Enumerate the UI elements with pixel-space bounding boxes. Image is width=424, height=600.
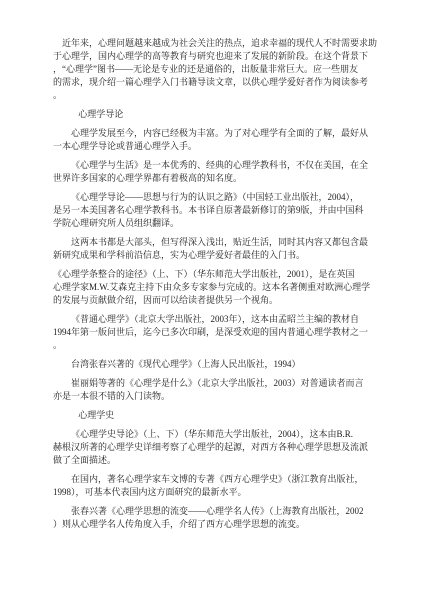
paragraph-psych-and-life: 《心理学与生活》是一本优秀的、经典的心理学教科书，不仅在美国，在全 世界许多国家…: [53, 159, 378, 185]
paragraph-western-history: 在国内，著名心理学家车文博的专著《西方心理学史》（浙江教育出版社， 1998），…: [53, 473, 378, 499]
paragraph-what-is-psych: 崔丽娟等著的《心理学是什么》（北京大学出版社，2003）对普通读者而言 亦是一本…: [53, 377, 378, 403]
section-heading-intro-psychology: 心理学导论: [53, 108, 378, 121]
paragraph-intro: 近年来，心理问题越来越成为社会关注的热点，追求幸福的现代人不时需要求助 于心理学…: [53, 37, 378, 102]
paragraph-integrated-approach: 《心理学条整合的途径》（上、下）（华东师范大学出版社，2001），是在英国 心理…: [53, 268, 378, 307]
document-background: { "page": { "background_color": "#ffffff…: [0, 0, 424, 600]
document-page: 近年来，心理问题越来越成为社会关注的热点，追求幸福的现代人不时需要求助 于心理学…: [0, 0, 424, 600]
paragraph-history-intro: 《心理学史导论》（上、下）（华东师范大学出版社，2004），这本由B.R. 赫根…: [53, 428, 378, 467]
paragraph-general-psych: 《普通心理学》（北京大学出版社，2003年），这本由孟昭兰主编的教材自 1994…: [53, 313, 378, 352]
paragraph-overview: 心理学发展至今，内容已经极为丰富。为了对心理学有全面的了解，最好从 一本心理学导…: [53, 127, 378, 153]
paragraph-intro-to-psych: 《心理学导论——思想与行为的认识之路》（中国轻工业出版社，2004）， 是另一本…: [53, 191, 378, 230]
section-heading-psych-history: 心理学史: [53, 409, 378, 422]
paragraph-two-books: 这两本书都是大部头，但写得深入浅出，贴近生活，同时其内容又都包含最 新研究成果和…: [53, 236, 378, 262]
paragraph-thought-evolution: 张春兴著《心理学思想的流变——心理学名人传》（上海教育出版社，2002 ）则从心…: [53, 505, 378, 531]
paragraph-modern-psych: 台湾张春兴著的《现代心理学》（上海人民出版社，1994）: [53, 358, 378, 371]
